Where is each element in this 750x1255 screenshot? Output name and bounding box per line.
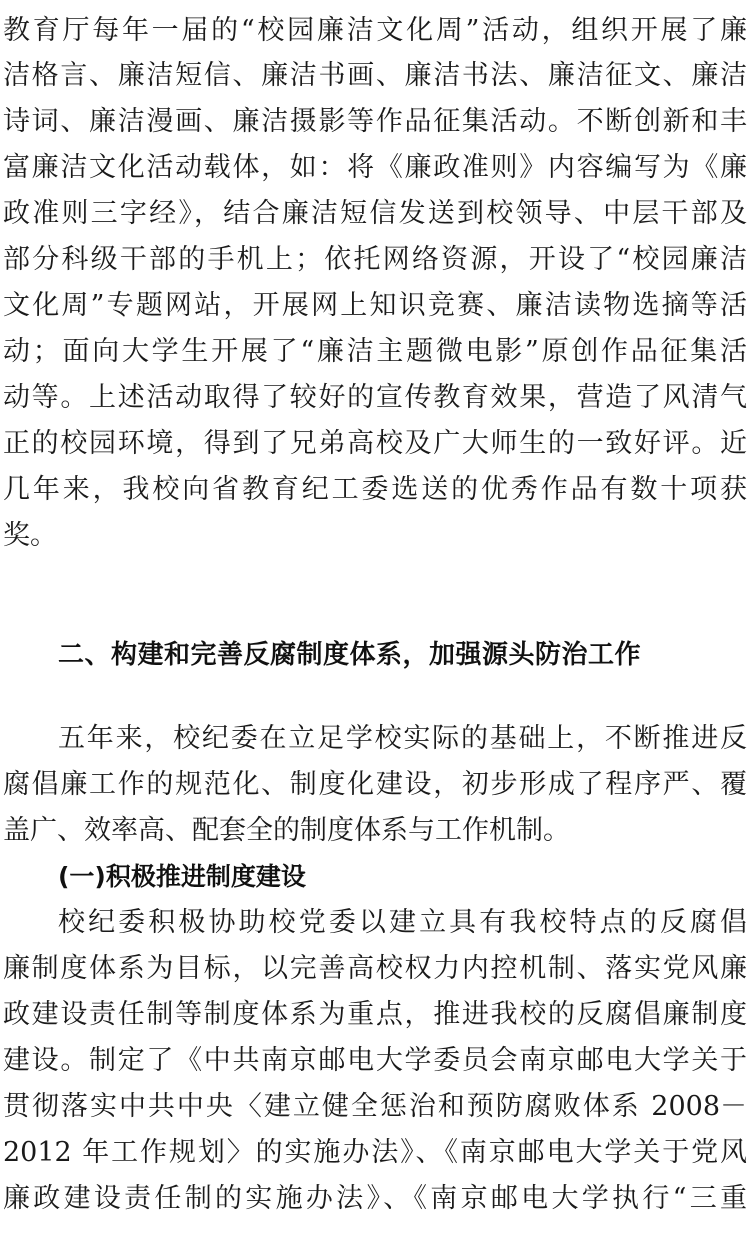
text-line: 廉制度体系为目标，以完善高校权力内控机制、落实党风廉	[3, 946, 747, 991]
text-line: 动；面向大学生开展了“廉洁主题微电影”原创作品征集活	[3, 329, 747, 374]
text-line: 贯彻落实中共中央〈建立健全惩治和预防腐败体系 2008－	[3, 1084, 747, 1129]
text-line: 建设。制定了《中共南京邮电大学委员会南京邮电大学关于	[3, 1038, 747, 1083]
text-line: 正的校园环境，得到了兄弟高校及广大师生的一致好评。近	[3, 421, 747, 466]
text-line: 腐倡廉工作的规范化、制度化建设，初步形成了程序严、覆	[3, 762, 747, 807]
text-line: 富廉洁文化活动载体，如：将《廉政准则》内容编写为《廉	[3, 145, 747, 190]
text-line: 盖广、效率高、配套全的制度体系与工作机制。	[3, 808, 747, 853]
text-line: 诗词、廉洁漫画、廉洁摄影等作品征集活动。不断创新和丰	[3, 99, 747, 144]
subsection-heading: (一)积极推进制度建设	[58, 854, 306, 899]
text-line: 廉政建设责任制的实施办法》、《南京邮电大学执行“三重	[3, 1176, 747, 1221]
section-heading: 二、构建和完善反腐制度体系，加强源头防治工作	[58, 633, 641, 678]
text-line: 洁格言、廉洁短信、廉洁书画、廉洁书法、廉洁征文、廉洁	[3, 53, 747, 98]
text-line: 动等。上述活动取得了较好的宣传教育效果，营造了风清气	[3, 375, 747, 420]
text-line: 政建设责任制等制度体系为重点，推进我校的反腐倡廉制度	[3, 992, 747, 1037]
text-line: 校纪委积极协助校党委以建立具有我校特点的反腐倡	[58, 900, 747, 945]
text-line: 政准则三字经》，结合廉洁短信发送到校领导、中层干部及	[3, 191, 747, 236]
text-line: 部分科级干部的手机上；依托网络资源，开设了“校园廉洁	[3, 237, 747, 282]
text-line: 文化周”专题网站，开展网上知识竞赛、廉洁读物选摘等活	[3, 283, 747, 328]
text-line: 几年来，我校向省教育纪工委选送的优秀作品有数十项获	[3, 467, 747, 512]
text-line: 教育厅每年一届的“校园廉洁文化周”活动，组织开展了廉	[3, 8, 747, 53]
text-line: 奖。	[3, 513, 747, 558]
text-line: 五年来，校纪委在立足学校实际的基础上，不断推进反	[58, 716, 747, 761]
text-line: 2012 年工作规划〉的实施办法》、《南京邮电大学关于党风	[3, 1130, 747, 1175]
